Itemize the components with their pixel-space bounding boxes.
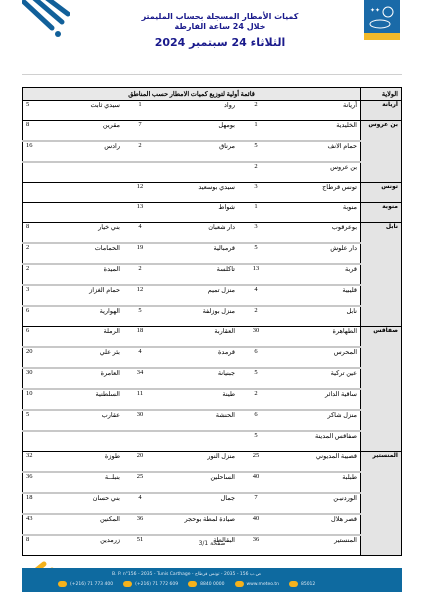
footer-sms: 85012 — [301, 582, 315, 587]
title-line-1: كميات الأمطار المسجلة بحساب المليمتر — [100, 12, 340, 22]
rainfall-value-cell — [23, 162, 38, 183]
station-name-cell: بني حسان — [37, 493, 123, 514]
meteo-logo: ✦✦ — [364, 0, 400, 40]
station-name-cell: منزل بوزلفة — [157, 306, 238, 327]
table-row: دار علوش5قرمبالية19الحمامات2 — [23, 243, 402, 264]
table-row: صفاقس المدينة5 — [23, 431, 402, 452]
footer-green-number: 8840 0000 — [200, 582, 224, 587]
station-name-cell: طبلبة — [274, 472, 361, 493]
table-row: ساقية الدائر2طينة11السلطنية10 — [23, 389, 402, 410]
rainfall-value-cell: 13 — [238, 264, 274, 285]
station-name-cell: الخليدية — [274, 121, 361, 142]
station-name-cell: الميدة — [37, 264, 123, 285]
table-row: قصر هلال40صيادة لمطة بوحجر36المكنين43 — [23, 514, 402, 535]
station-name-cell: قربة — [274, 264, 361, 285]
station-name-cell: حمام الغزاز — [37, 285, 123, 306]
rainfall-value-cell: 8 — [23, 121, 38, 142]
station-name-cell: الحنشة — [157, 410, 238, 431]
station-name-cell: المحرس — [274, 347, 361, 368]
station-name-cell: السلطنية — [37, 389, 123, 410]
station-name-cell: سيدي بوسعيد — [157, 183, 238, 203]
station-name-cell: عين تركية — [274, 368, 361, 389]
rainfall-value-cell — [23, 203, 38, 223]
governorate-cell: صفاقس — [361, 327, 402, 452]
station-name-cell: منوبة — [274, 203, 361, 223]
station-name-cell: مرناق — [157, 141, 238, 162]
rainfall-value-cell: 40 — [238, 514, 274, 535]
rainfall-value-cell: 5 — [23, 101, 38, 121]
rainfall-value-cell: 36 — [23, 472, 38, 493]
rainfall-value-cell: 6 — [238, 347, 274, 368]
station-name-cell: سيدي ثابت — [37, 101, 123, 121]
rainfall-value-cell — [23, 431, 38, 452]
station-name-cell — [157, 162, 238, 183]
table-row: حمام الانف5مرناق2رادس16 — [23, 141, 402, 162]
station-name-cell: قليبية — [274, 285, 361, 306]
station-name-cell: صفاقس المدينة — [274, 431, 361, 452]
governorate-cell: تونس — [361, 183, 402, 203]
station-name-cell: نابل — [274, 306, 361, 327]
institute-logo-stripes — [22, 0, 70, 40]
rainfall-value-cell: 5 — [238, 243, 274, 264]
header-divider — [22, 74, 402, 75]
rainfall-value-cell: 1 — [123, 101, 157, 121]
station-name-cell: بني خيار — [37, 223, 123, 244]
footer-website[interactable]: www.meteo.tn — [247, 582, 279, 587]
rainfall-value-cell: 25 — [123, 472, 157, 493]
rainfall-value-cell: 13 — [123, 203, 157, 223]
table-row: طبلبة40الساحلين25بنبلــة36 — [23, 472, 402, 493]
table-row: نابلبوعرقوب3دار شعبان4بني خيار8 — [23, 223, 402, 244]
table-row: تونستونس قرطاج3سيدي بوسعيد12 — [23, 183, 402, 203]
station-name-cell: طوزة — [37, 452, 123, 473]
station-name-cell — [37, 203, 123, 223]
station-name-cell: بوعرقوب — [274, 223, 361, 244]
rainfall-value-cell: 18 — [23, 493, 38, 514]
station-name-cell: منزل النور — [157, 452, 238, 473]
rainfall-value-cell: 18 — [123, 327, 157, 348]
rainfall-value-cell: 20 — [23, 347, 38, 368]
rainfall-value-cell: 34 — [123, 368, 157, 389]
phone-icon — [58, 581, 67, 587]
title-line-2: خلال 24 ساعة الفارطة — [100, 22, 340, 32]
rainfall-value-cell: 25 — [238, 452, 274, 473]
station-name-cell: تونس قرطاج — [274, 183, 361, 203]
station-name-cell: جبنيانة — [157, 368, 238, 389]
station-name-cell: قرمدة — [157, 347, 238, 368]
table-main-header: قائمة أولية لتوزيع كميات الامطار حسب الم… — [23, 88, 361, 101]
station-name-cell — [37, 183, 123, 203]
rainfall-value-cell: 4 — [238, 285, 274, 306]
rainfall-value-cell: 5 — [238, 368, 274, 389]
footer-contact-bar: B. P. n°156 - 2035 - Tunis Carthage - ص.… — [22, 568, 402, 592]
station-name-cell: الوردنيـن — [274, 493, 361, 514]
rainfall-value-cell: 6 — [23, 327, 38, 348]
station-name-cell — [37, 162, 123, 183]
station-name-cell: قصيبة المديوني — [274, 452, 361, 473]
rainfall-value-cell: 43 — [23, 514, 38, 535]
document-title: كميات الأمطار المسجلة بحساب المليمتر خلا… — [100, 12, 340, 49]
svg-text:✦✦: ✦✦ — [370, 7, 380, 14]
station-name-cell: دار شعبان — [157, 223, 238, 244]
rainfall-value-cell: 10 — [23, 389, 38, 410]
rainfall-value-cell: 4 — [123, 223, 157, 244]
rainfall-value-cell: 19 — [123, 243, 157, 264]
station-name-cell: منزل شاكر — [274, 410, 361, 431]
rainfall-value-cell: 2 — [238, 162, 274, 183]
fax-icon — [123, 581, 132, 587]
station-name-cell: رواد — [157, 101, 238, 121]
table-row: صفاقسالطهاهرة30العقاربة18الرملة6 — [23, 327, 402, 348]
web-icon — [235, 581, 244, 587]
table-row: الوردنيـن7جمال4بني حسان18 — [23, 493, 402, 514]
rainfall-value-cell: 1 — [238, 121, 274, 142]
footer-address: B. P. n°156 - 2035 - Tunis Carthage - ص.… — [112, 572, 261, 577]
table-row: نابل2منزل بوزلفة5الهوارية6 — [23, 306, 402, 327]
rainfall-value-cell: 2 — [238, 101, 274, 121]
sms-icon — [289, 581, 298, 587]
station-name-cell: تاكلسة — [157, 264, 238, 285]
station-name-cell: بومهل — [157, 121, 238, 142]
station-name-cell: قصر هلال — [274, 514, 361, 535]
rainfall-value-cell: 32 — [23, 452, 38, 473]
hotline-icon — [188, 581, 197, 587]
table-row: المحرس6قرمدة4بئر علي20 — [23, 347, 402, 368]
station-name-cell: الحمامات — [37, 243, 123, 264]
rainfall-value-cell: 2 — [23, 264, 38, 285]
station-name-cell — [157, 431, 238, 452]
rainfall-value-cell: 12 — [123, 183, 157, 203]
station-name-cell: الساحلين — [157, 472, 238, 493]
station-name-cell: الرملة — [37, 327, 123, 348]
rainfall-value-cell — [123, 162, 157, 183]
rainfall-value-cell: 4 — [123, 493, 157, 514]
rainfall-value-cell: 3 — [238, 183, 274, 203]
station-name-cell: منزل تميم — [157, 285, 238, 306]
rainfall-value-cell — [123, 431, 157, 452]
page-number: صفحة 3/1 — [0, 540, 424, 547]
rainfall-value-cell: 7 — [123, 121, 157, 142]
station-name-cell: طينة — [157, 389, 238, 410]
station-name-cell: ساقية الدائر — [274, 389, 361, 410]
rainfall-value-cell: 1 — [238, 203, 274, 223]
governorate-header: الولاية — [361, 88, 402, 101]
table-row: قليبية4منزل تميم12حمام الغزاز3 — [23, 285, 402, 306]
station-name-cell: بن عروس — [274, 162, 361, 183]
footer-fax: (+216) 71 772 609 — [135, 582, 178, 587]
table-row: بن عروس2 — [23, 162, 402, 183]
rainfall-value-cell: 5 — [23, 410, 38, 431]
station-name-cell: عقارب — [37, 410, 123, 431]
table-row: منزل شاكر6الحنشة30عقارب5 — [23, 410, 402, 431]
station-name-cell: صيادة لمطة بوحجر — [157, 514, 238, 535]
rainfall-value-cell: 3 — [238, 223, 274, 244]
table-row: عين تركية5جبنيانة34العامرة30 — [23, 368, 402, 389]
governorate-cell: نابل — [361, 223, 402, 327]
station-name-cell: العامرة — [37, 368, 123, 389]
station-name-cell: بنبلــة — [37, 472, 123, 493]
table-row: المنستيرقصيبة المديوني25منزل النور20طوزة… — [23, 452, 402, 473]
governorate-cell: أريانة — [361, 101, 402, 121]
station-name-cell: مقرين — [37, 121, 123, 142]
rainfall-value-cell: 30 — [238, 327, 274, 348]
rainfall-value-cell — [23, 183, 38, 203]
rainfall-value-cell: 20 — [123, 452, 157, 473]
rainfall-value-cell: 30 — [123, 410, 157, 431]
rainfall-value-cell: 8 — [23, 223, 38, 244]
station-name-cell: الطهاهرة — [274, 327, 361, 348]
table-row: منوبةمنوبة1شواط13 — [23, 203, 402, 223]
station-name-cell: الهوارية — [37, 306, 123, 327]
footer-phone: (+216) 71 773 400 — [70, 582, 113, 587]
station-name-cell: قرمبالية — [157, 243, 238, 264]
table-row: قربة13تاكلسة2الميدة2 — [23, 264, 402, 285]
rainfall-value-cell: 2 — [123, 141, 157, 162]
station-name-cell: العقاربة — [157, 327, 238, 348]
table-row: أريانةأريانة2رواد1سيدي ثابت5 — [23, 101, 402, 121]
rainfall-value-cell: 36 — [123, 514, 157, 535]
station-name-cell: جمال — [157, 493, 238, 514]
station-name-cell: شواط — [157, 203, 238, 223]
rainfall-value-cell: 30 — [23, 368, 38, 389]
rainfall-value-cell: 2 — [238, 306, 274, 327]
rainfall-value-cell: 16 — [23, 141, 38, 162]
rainfall-value-cell: 2 — [23, 243, 38, 264]
rainfall-value-cell: 4 — [123, 347, 157, 368]
rainfall-value-cell: 5 — [123, 306, 157, 327]
governorate-cell: بن عروس — [361, 121, 402, 183]
station-name-cell: أريانة — [274, 101, 361, 121]
station-name-cell: رادس — [37, 141, 123, 162]
rainfall-value-cell: 40 — [238, 472, 274, 493]
station-name-cell: حمام الانف — [274, 141, 361, 162]
rainfall-value-cell: 12 — [123, 285, 157, 306]
rainfall-value-cell: 6 — [238, 410, 274, 431]
rainfall-value-cell: 3 — [23, 285, 38, 306]
report-date: الثلاثاء 24 سبتمبر 2024 — [100, 36, 340, 49]
station-name-cell — [37, 431, 123, 452]
station-name-cell: بئر علي — [37, 347, 123, 368]
rainfall-value-cell: 2 — [238, 389, 274, 410]
governorate-cell: منوبة — [361, 203, 402, 223]
rainfall-value-cell: 5 — [238, 431, 274, 452]
rainfall-value-cell: 7 — [238, 493, 274, 514]
station-name-cell: المكنين — [37, 514, 123, 535]
rainfall-table: الولاية قائمة أولية لتوزيع كميات الامطار… — [22, 87, 402, 556]
rainfall-value-cell: 11 — [123, 389, 157, 410]
station-name-cell: دار علوش — [274, 243, 361, 264]
rainfall-value-cell: 5 — [238, 141, 274, 162]
rainfall-value-cell: 6 — [23, 306, 38, 327]
rainfall-value-cell: 2 — [123, 264, 157, 285]
table-row: بن عروسالخليدية1بومهل7مقرين8 — [23, 121, 402, 142]
